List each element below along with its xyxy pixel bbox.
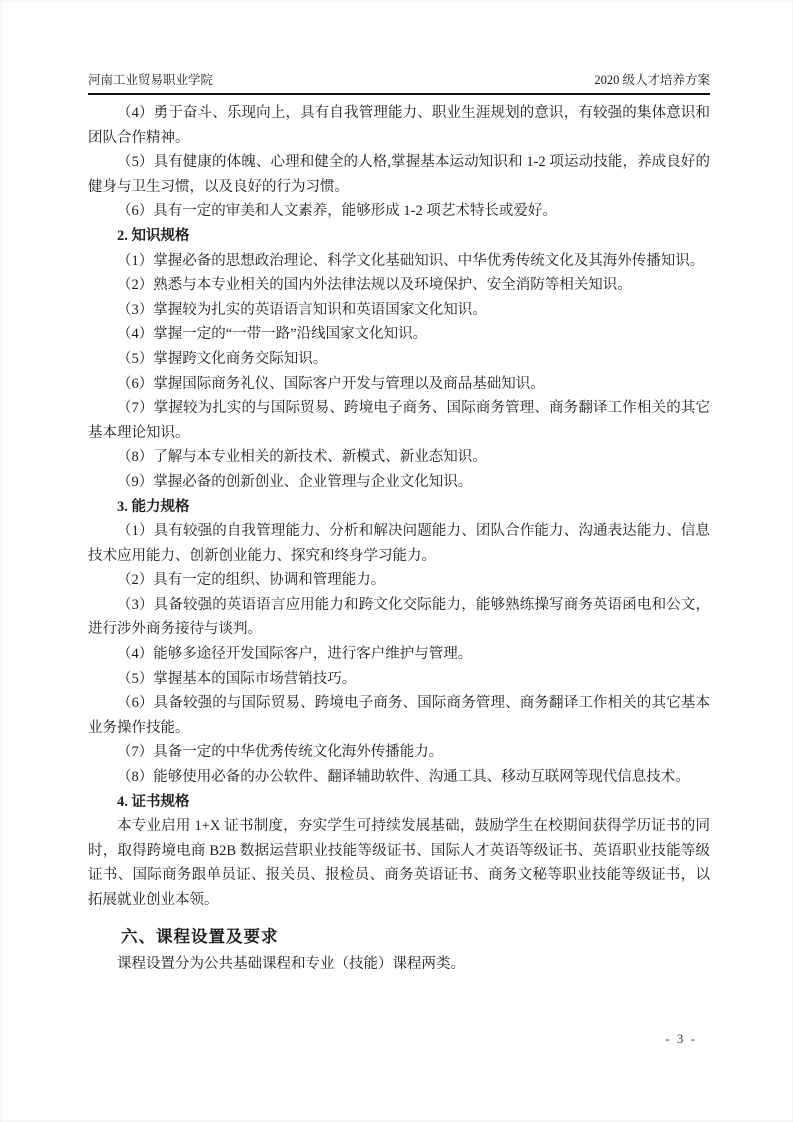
paragraph-ability-8: （8）能够使用必备的办公软件、翻译辅助软件、沟通工具、移动互联网等现代信息技术。: [88, 765, 710, 790]
header-school-name: 河南工业贸易职业学院: [88, 70, 213, 88]
paragraph-certificate-detail: 本专业启用 1+X 证书制度，夯实学生可持续发展基础，鼓励学生在校期间获得学历证…: [88, 814, 710, 912]
subheading-certificate-spec: 4. 证书规格: [88, 790, 710, 815]
page-number: - 3 -: [665, 1031, 697, 1047]
paragraph-ability-1: （1）具有较强的自我管理能力、分析和解决问题能力、团队合作能力、沟通表达能力、信…: [88, 519, 710, 568]
paragraph-item-6-quality: （6）具有一定的审美和人文素养，能够形成 1-2 项艺术特长或爱好。: [88, 199, 710, 224]
paragraph-knowledge-4: （4）掌握一定的“一带一路”沿线国家文化知识。: [88, 322, 710, 347]
paragraph-knowledge-7: （7）掌握较为扎实的与国际贸易、跨境电子商务、国际商务管理、商务翻译工作相关的其…: [88, 396, 710, 445]
section-heading-curriculum: 六、课程设置及要求: [88, 924, 710, 950]
paragraph-item-4-quality: （4）勇于奋斗、乐现向上，具有自我管理能力、职业生涯规划的意识，有较强的集体意识…: [88, 101, 710, 150]
paragraph-knowledge-1: （1）掌握必备的思想政治理论、科学文化基础知识、中华优秀传统文化及其海外传播知识…: [88, 249, 710, 274]
paragraph-knowledge-5: （5）掌握跨文化商务交际知识。: [88, 347, 710, 372]
paragraph-curriculum-intro: 课程设置分为公共基础课程和专业（技能）课程两类。: [88, 952, 710, 977]
paragraph-item-5-quality: （5）具有健康的体魄、心理和健全的人格,掌握基本运动知识和 1-2 项运动技能，…: [88, 150, 710, 199]
paragraph-ability-6: （6）具备较强的与国际贸易、跨境电子商务、国际商务管理、商务翻译工作相关的其它基…: [88, 691, 710, 740]
paragraph-ability-2: （2）具有一定的组织、协调和管理能力。: [88, 568, 710, 593]
paragraph-ability-5: （5）掌握基本的国际市场营销技巧。: [88, 667, 710, 692]
document-page: 河南工业贸易职业学院 2020 级人才培养方案 （4）勇于奋斗、乐现向上，具有自…: [0, 0, 793, 1122]
paragraph-ability-4: （4）能够多途径开发国际客户，进行客户维护与管理。: [88, 642, 710, 667]
paragraph-knowledge-8: （8）了解与本专业相关的新技术、新模式、新业态知识。: [88, 445, 710, 470]
paragraph-ability-7: （7）具备一定的中华优秀传统文化海外传播能力。: [88, 740, 710, 765]
paragraph-knowledge-9: （9）掌握必备的创新创业、企业管理与企业文化知识。: [88, 470, 710, 495]
paragraph-knowledge-3: （3）掌握较为扎实的英语语言知识和英语国家文化知识。: [88, 298, 710, 323]
subheading-ability-spec: 3. 能力规格: [88, 495, 710, 520]
header-doc-title: 2020 级人才培养方案: [594, 70, 710, 88]
document-body: （4）勇于奋斗、乐现向上，具有自我管理能力、职业生涯规划的意识，有较强的集体意识…: [88, 101, 710, 976]
paragraph-knowledge-2: （2）熟悉与本专业相关的国内外法律法规以及环境保护、安全消防等相关知识。: [88, 273, 710, 298]
paragraph-knowledge-6: （6）掌握国际商务礼仪、国际客户开发与管理以及商品基础知识。: [88, 372, 710, 397]
page-header: 河南工业贸易职业学院 2020 级人才培养方案: [88, 70, 710, 95]
paragraph-ability-3: （3）具备较强的英语语言应用能力和跨文化交际能力，能够熟练操写商务英语函电和公文…: [88, 593, 710, 642]
subheading-knowledge-spec: 2. 知识规格: [88, 224, 710, 249]
